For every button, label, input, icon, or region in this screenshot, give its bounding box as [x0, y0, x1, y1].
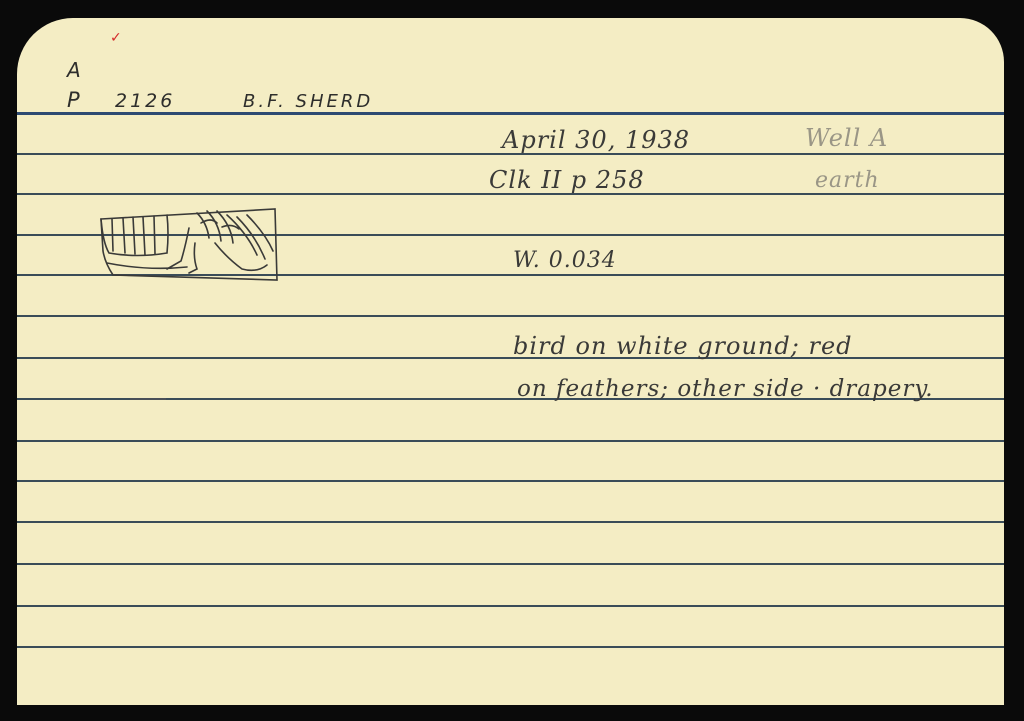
rule-line: [17, 480, 1004, 482]
pencil-dash-mark: [130, 398, 166, 400]
description-line-2: on feathers; other side · drapery.: [517, 376, 934, 402]
catalog-number: 2126: [115, 90, 175, 112]
catalog-prefix-upper: A: [67, 58, 84, 82]
reference-text: Clk II p 258: [489, 166, 645, 194]
location-text: Well A: [805, 124, 888, 152]
reference-note-text: earth: [815, 168, 880, 193]
dimension-text: W. 0.034: [513, 248, 617, 273]
rule-line: [17, 521, 1004, 523]
rule-line: [17, 440, 1004, 442]
rule-line: [17, 646, 1004, 648]
rule-line: [17, 315, 1004, 317]
red-check-mark: ✓: [110, 30, 122, 46]
rule-line: [17, 563, 1004, 565]
date-text: April 30, 1938: [502, 126, 690, 154]
index-card: ✓ A P 2126 B.F. SHERD April 30, 1938 Wel…: [17, 18, 1004, 705]
card-title: B.F. SHERD: [243, 91, 373, 112]
header-rule: [17, 112, 1004, 115]
pottery-sherd-sketch-icon: [97, 203, 282, 285]
catalog-prefix-lower: P: [67, 88, 83, 112]
rule-line: [17, 357, 1004, 359]
rule-line: [17, 605, 1004, 607]
description-line-1: bird on white ground; red: [513, 332, 853, 360]
